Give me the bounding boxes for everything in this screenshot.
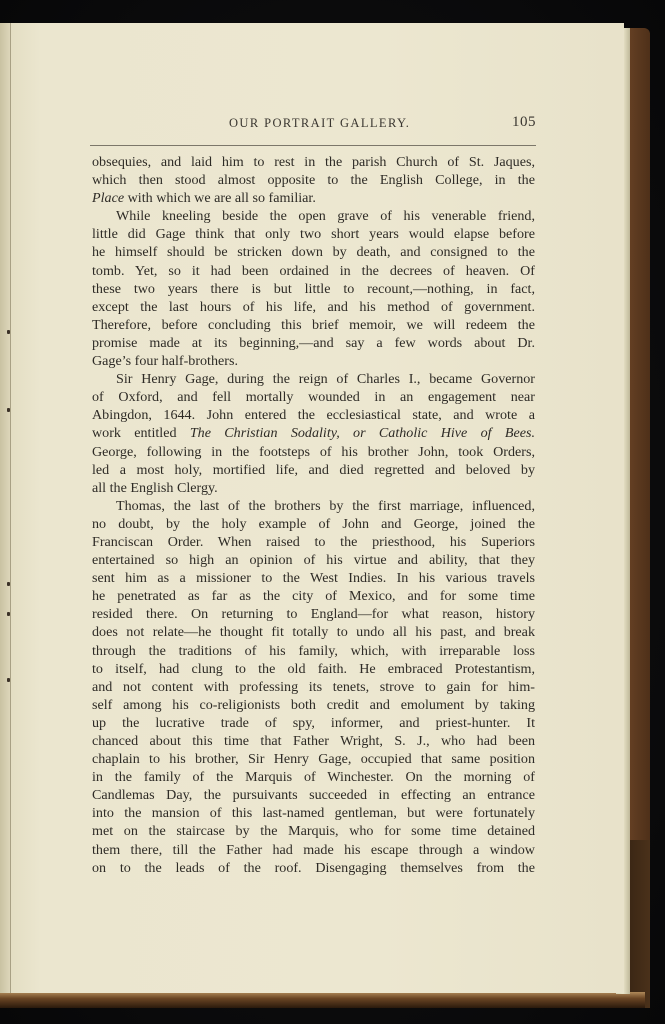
text-line: Franciscan Order. When raised to the pri… (92, 533, 535, 551)
text-line: While kneeling beside the open grave of … (92, 207, 535, 225)
page-number: 105 (512, 114, 536, 131)
paragraph: Thomas, the last of the brothers by the … (92, 497, 535, 877)
text-line: all the English Clergy. (92, 479, 535, 497)
text-line: Sir Henry Gage, during the reign of Char… (92, 370, 535, 388)
book-cover-shadow (628, 840, 650, 1008)
text-line: does not relate—he thought fit totally t… (92, 623, 535, 641)
text-line: George, following in the footsteps of hi… (92, 443, 535, 461)
text-line: Thomas, the last of the brothers by the … (92, 497, 535, 515)
text-line: Abingdon, 1644. John entered the ecclesi… (92, 406, 535, 424)
text-line: he penetrated as far as the city of Mexi… (92, 587, 535, 605)
text-line: Candlemas Day, the pursuivants succeeded… (92, 786, 535, 804)
text-line: self among his co-religionists both cred… (92, 696, 535, 714)
text-line: and not content with professing its tene… (92, 678, 535, 696)
text-line: to itself, had clung to the old faith. H… (92, 660, 535, 678)
text-line: little did Gage think that only two shor… (92, 225, 535, 243)
text-line: promise made at its beginning,—and say a… (92, 334, 535, 352)
body-text: obsequies, and laid him to rest in the p… (92, 153, 535, 877)
text-line: Therefore, before concluding this brief … (92, 316, 535, 334)
text-line: entertained so high an opinion of his vi… (92, 551, 535, 569)
text-line: up the lucrative trade of spy, informer,… (92, 714, 535, 732)
running-head: OUR PORTRAIT GALLERY. 105 (90, 116, 536, 136)
text-line: of Oxford, and fell mortally wounded in … (92, 388, 535, 406)
text-line: work entitled The Christian Sodality, or… (92, 424, 535, 442)
italic-text: The Christian Sodality, or Catholic Hive… (190, 425, 535, 441)
text-line: these two years there is but little to r… (92, 280, 535, 298)
text-line: led a most holy, mortified life, and die… (92, 461, 535, 479)
paragraph: Sir Henry Gage, during the reign of Char… (92, 370, 535, 497)
scanned-book-scene: OUR PORTRAIT GALLERY. 105 obsequies, and… (0, 0, 665, 1024)
gutter-speck (7, 330, 10, 334)
gutter-speck (7, 408, 10, 412)
text-line: Place with which we are all so familiar. (92, 189, 535, 207)
text-line: into the mansion of this last-named gent… (92, 804, 535, 822)
text-line: no doubt, by the holy example of John an… (92, 515, 535, 533)
text-line: through the traditions of his family, wh… (92, 642, 535, 660)
text-line: chaplain to his brother, Sir Henry Gage,… (92, 750, 535, 768)
text-line: resided there. On returning to England—f… (92, 605, 535, 623)
text-line: except the last hours of his life, and h… (92, 298, 535, 316)
running-head-title: OUR PORTRAIT GALLERY. (229, 116, 410, 131)
text-line: met on the staircase by the Marquis, who… (92, 822, 535, 840)
text-line: them there, till the Father had made his… (92, 841, 535, 859)
text-line: chanced about this time that Father Wrig… (92, 732, 535, 750)
book-bottom-edge (0, 992, 645, 1008)
gutter-speck (7, 582, 10, 586)
header-rule (90, 145, 536, 146)
paragraph: obsequies, and laid him to rest in the p… (92, 153, 535, 207)
text-line: obsequies, and laid him to rest in the p… (92, 153, 535, 171)
text-line: tomb. Yet, so it had been ordained in th… (92, 262, 535, 280)
gutter-speck (7, 612, 10, 616)
text-line: he himself should be stricken down by de… (92, 243, 535, 261)
text-line: in the family of the Marquis of Winchest… (92, 768, 535, 786)
text-line: sent him as a missioner to the West Indi… (92, 569, 535, 587)
paragraph: While kneeling beside the open grave of … (92, 207, 535, 370)
text-line: which then stood almost opposite to the … (92, 171, 535, 189)
italic-text: Place (92, 190, 124, 206)
text-line: on to the leads of the roof. Disengaging… (92, 859, 535, 877)
page-gutter (0, 23, 11, 993)
gutter-speck (7, 678, 10, 682)
text-line: Gage’s four half-brothers. (92, 352, 535, 370)
